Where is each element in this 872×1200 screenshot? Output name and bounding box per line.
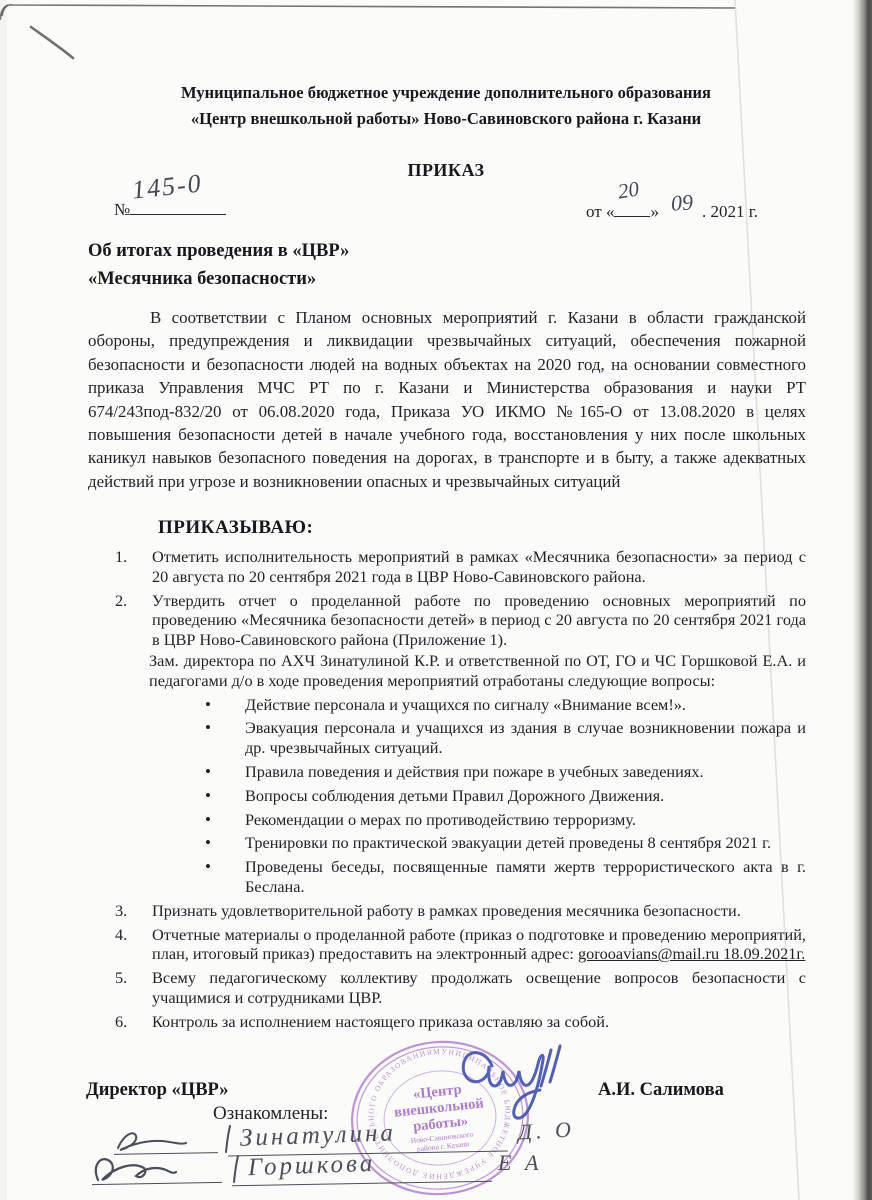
order-subject-line1: Об итогах проведения в «ЦВР»	[88, 237, 349, 265]
bullet-text: Проведены беседы, посвященные памяти жер…	[245, 857, 806, 897]
ack-initials-1-handwritten: Д. О	[517, 1117, 575, 1146]
bullet-text: Правила поведения и действия при пожаре …	[245, 762, 806, 782]
item-text: Признать удовлетворительной работу в рам…	[152, 901, 806, 921]
separator-stroke	[230, 1154, 242, 1184]
date-prefix: от «	[586, 202, 614, 221]
organization-name-line2: «Центр внешкольной работы» Ново-Савиновс…	[96, 106, 796, 132]
list-item-3: 3. Признать удовлетворительной работу в …	[112, 901, 806, 921]
date-quote-close: »	[650, 202, 659, 221]
bullet-list: Действие персонала и учащихся по сигналу…	[200, 695, 806, 897]
bullet-item: Проведены беседы, посвященные памяти жер…	[200, 857, 806, 897]
date-day-handwritten: 20	[617, 177, 642, 205]
item-2-subparagraph: Зам. директора по АХЧ Зинатулиной К.Р. и…	[149, 651, 806, 691]
order-list: 1. Отметить исполнительность мероприятий…	[112, 547, 806, 1036]
date-year: . 2021 г.	[702, 202, 758, 221]
bullet-text: Действие персонала и учащихся по сигналу…	[245, 695, 806, 715]
scanned-order-page: Муниципальное бюджетное учреждение допол…	[0, 0, 872, 1200]
preamble-paragraph: В соответствии с Планом основных меропри…	[88, 306, 806, 493]
ack-signature-2	[90, 1154, 180, 1186]
bullet-text: Эвакуация персонала и учащихся из здания…	[245, 718, 806, 758]
item-text: Контроль за исполнением настоящего прика…	[152, 1012, 806, 1032]
pen-mark-diagonal	[31, 27, 73, 58]
bullet-text: Рекомендации о мерах по противодействию …	[245, 810, 806, 830]
bullet-text: Тренировки по практической эвакуации дет…	[245, 833, 806, 853]
list-item-6: 6. Контроль за исполнением настоящего пр…	[112, 1012, 806, 1032]
separator-stroke	[222, 1124, 234, 1154]
item-text: Всему педагогическому коллективу продолж…	[152, 968, 806, 1008]
date-day-blank: 20	[614, 199, 650, 217]
bullet-item: Действие персонала и учащихся по сигналу…	[200, 695, 806, 715]
list-item-5: 5. Всему педагогическому коллективу прод…	[112, 968, 806, 1008]
date-month-handwritten: 09	[670, 189, 694, 216]
bullet-item: Тренировки по практической эвакуации дет…	[200, 833, 806, 853]
email-address-underlined: gorooavians@mail.ru 18.09.2021г.	[578, 944, 805, 963]
list-item-2: 2. Утвердить отчет о проделанной работе …	[112, 591, 806, 650]
ack-signature-1	[112, 1126, 192, 1156]
item-text: Отчетные материалы о проделанной работе …	[152, 925, 806, 965]
item-number: 3.	[112, 901, 152, 921]
order-number-label: №	[114, 200, 130, 219]
item-number: 4.	[112, 925, 152, 965]
item-number: 2.	[112, 591, 152, 650]
order-heading: ПРИКАЗЫВАЮ:	[158, 517, 313, 539]
director-label: Директор «ЦВР»	[86, 1080, 229, 1101]
ack-initials-2-handwritten: Е А	[498, 1150, 542, 1176]
bullet-text: Вопросы соблюдения детьми Правил Дорожно…	[245, 786, 806, 806]
bullet-item: Эвакуация персонала и учащихся из здания…	[200, 718, 806, 758]
bullet-item: Рекомендации о мерах по противодействию …	[200, 810, 806, 830]
order-subject-line2: «Месячника безопасности»	[88, 265, 349, 293]
scan-left-edge	[0, 0, 7, 1200]
list-item-1: 1. Отметить исполнительность мероприятий…	[112, 547, 806, 587]
order-subject: Об итогах проведения в «ЦВР» «Месячника …	[88, 237, 349, 293]
bullet-item: Вопросы соблюдения детьми Правил Дорожно…	[200, 786, 806, 806]
director-name: А.И. Салимова	[598, 1080, 724, 1101]
ack-name-1-handwritten: Зинатулина	[240, 1119, 397, 1152]
item-text: Отметить исполнительность мероприятий в …	[152, 547, 806, 587]
organization-name: Муниципальное бюджетное учреждение допол…	[96, 80, 796, 132]
scan-top-edge-and-pen-mark	[0, 0, 740, 70]
order-date-line: от «20»09. 2021 г.	[586, 197, 758, 223]
item-number: 6.	[112, 1012, 152, 1032]
item-number: 1.	[112, 547, 152, 587]
item-text: Утвердить отчет о проделанной работе по …	[152, 591, 806, 650]
organization-name-line1: Муниципальное бюджетное учреждение допол…	[96, 80, 796, 106]
list-item-4: 4. Отчетные материалы о проделанной рабо…	[112, 925, 806, 965]
scan-right-edge-shadow	[852, 0, 872, 1200]
bullet-item: Правила поведения и действия при пожаре …	[200, 762, 806, 782]
item-number: 5.	[112, 968, 152, 1008]
ack-name-2-handwritten: Горшкова	[248, 1150, 376, 1182]
